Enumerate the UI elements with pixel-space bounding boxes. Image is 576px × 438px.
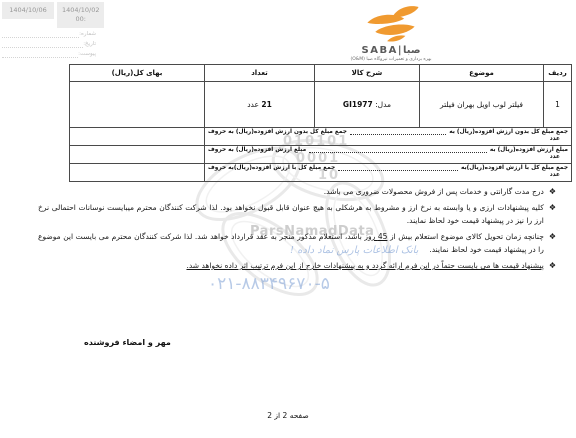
reference-fields: شماره: تاریخ: پیوست: (0, 31, 96, 61)
header-quantity: تعداد (205, 65, 315, 82)
diamond-bullet-icon: ❖ (549, 259, 556, 272)
summary-vat-cell: مبلغ ارزش افزوده(ریال) به مبلغ ارزش افزو… (205, 146, 572, 164)
summary3-price-cell (70, 164, 205, 182)
brand-wordmark: SABA|صبا (330, 45, 452, 56)
ref-number-line (2, 33, 79, 38)
diamond-bullet-icon: ❖ (549, 230, 556, 256)
item-quantity: 21 عدد (205, 82, 315, 128)
note-currency-text: کلیه پیشنهادات ارزی و یا وابسته به نرخ ا… (38, 201, 544, 227)
summary-without-vat-cell: جمع مبلغ کل بدون ارزش افزوده(ریال) به جم… (205, 128, 572, 146)
diamond-bullet-icon: ❖ (549, 185, 556, 198)
summary2-digits-label: مبلغ ارزش افزوده(ریال) به (490, 147, 568, 154)
note-warranty: ❖ درج مدت گارانتی و خدمات پس از فروش محص… (38, 185, 556, 198)
ref-number-label: شماره: (79, 31, 96, 38)
blue-phone-watermark: ۰۲۱-۸۸۳۴۹۶۷۰-۵ (208, 274, 330, 294)
item-model-value: GI1977 (343, 100, 373, 109)
header-row-number: ردیف (544, 65, 572, 82)
item-row-number: 1 (544, 82, 572, 128)
corner-date-right-value: 1404/10/02 (62, 6, 99, 14)
summary-row-with-vat: جمع مبلغ کل با ارزش افزوده(ریال)به جمع م… (70, 164, 572, 182)
diamond-bullet-icon: ❖ (549, 201, 556, 227)
summary1-words-label: جمع مبلغ کل بدون ارزش افزوده(ریال) به حر… (208, 129, 347, 136)
note-delivery-days: 45 روز (364, 232, 387, 241)
item-model-label: مدل: (375, 100, 391, 109)
ref-attachment-row: پیوست: (0, 51, 96, 58)
note-delivery-before: چنانچه زمان تحویل کالای موضوع استعلام بی… (387, 232, 543, 241)
inquiry-table: ردیف موضوع شرح کالا تعداد بهای کل(ریال) … (69, 64, 572, 182)
company-logo: SABA|صبا بهره برداری و تعمیرات نیروگاه ص… (330, 3, 452, 62)
item-quantity-unit: عدد (247, 100, 259, 109)
summary-row-without-vat: جمع مبلغ کل بدون ارزش افزوده(ریال) به جم… (70, 128, 572, 146)
item-description: مدل: GI1977 (315, 82, 420, 128)
corner-date-left: 1404/10/06 (2, 2, 54, 19)
summary-row-vat: مبلغ ارزش افزوده(ریال) به مبلغ ارزش افزو… (70, 146, 572, 164)
note-currency: ❖ کلیه پیشنهادات ارزی و یا وابسته به نرخ… (38, 201, 556, 227)
corner-date-box: 1404/10/06 1404/10/02 00: (2, 2, 104, 28)
note-form-only-text: پیشنهاد قیمت ها می بایست حتماً در این فر… (38, 259, 544, 272)
summary3-words-label: جمع مبلغ کل با ارزش افزوده(ریال)به حروف (208, 165, 335, 172)
note-form-only: ❖ پیشنهاد قیمت ها می بایست حتماً در این … (38, 259, 556, 272)
inquiry-form-page: 010101 0001 10 ParsNamadData بانک اطلاعا… (0, 0, 576, 438)
item-row: 1 فیلتر لوب اویل بهران فیلتر مدل: GI1977… (70, 82, 572, 128)
header-subject: موضوع (420, 65, 544, 82)
item-subject: فیلتر لوب اویل بهران فیلتر (420, 82, 544, 128)
table-header-row: ردیف موضوع شرح کالا تعداد بهای کل(ریال) (70, 65, 572, 82)
page-indicator: صفحه 2 از 2 (267, 411, 308, 420)
corner-date-right: 1404/10/02 00: (57, 2, 104, 28)
summary2-words-label: مبلغ ارزش افزوده(ریال) به حروف (208, 147, 306, 154)
summary2-digits-wrap: عدد (208, 154, 568, 161)
header-description: شرح کالا (315, 65, 420, 82)
summary1-digits-label: جمع مبلغ کل بدون ارزش افزوده(ریال) به (449, 129, 568, 136)
note-warranty-text: درج مدت گارانتی و خدمات پس از فروش محصول… (38, 185, 544, 198)
ref-attachment-line (2, 53, 78, 58)
header-total-price: بهای کل(ریال) (70, 65, 205, 82)
summary1-digits-wrap: عدد (208, 136, 568, 143)
corner-time-value: 00: (76, 15, 86, 23)
summary1-dotted-line (350, 131, 446, 135)
summary3-dotted-line (338, 167, 458, 171)
note-delivery-text: چنانچه زمان تحویل کالای موضوع استعلام بی… (38, 230, 544, 256)
brand-latin: SABA (362, 45, 398, 56)
item-total-price (70, 82, 205, 128)
summary3-digits-wrap: عدد (208, 172, 568, 179)
ref-number-row: شماره: (0, 31, 96, 38)
conditions-list: ❖ درج مدت گارانتی و خدمات پس از فروش محص… (38, 185, 556, 275)
summary3-digits-label: جمع مبلغ کل با ارزش افزوده(ریال)به (461, 165, 568, 172)
saba-swoosh-icon (358, 3, 424, 45)
ref-date-row: تاریخ: (0, 41, 96, 48)
note-delivery: ❖ چنانچه زمان تحویل کالای موضوع استعلام … (38, 230, 556, 256)
ref-date-label: تاریخ: (83, 41, 96, 48)
summary2-dotted-line (309, 149, 487, 153)
brand-farsi: صبا (403, 45, 421, 56)
item-quantity-value: 21 (261, 100, 271, 109)
summary-with-vat-cell: جمع مبلغ کل با ارزش افزوده(ریال)به جمع م… (205, 164, 572, 182)
seller-seal-signature-label: مهر و امضاء فروشنده (84, 338, 171, 347)
summary2-price-cell (70, 146, 205, 164)
summary1-price-cell (70, 128, 205, 146)
ref-date-line (2, 43, 83, 48)
ref-attachment-label: پیوست: (78, 51, 96, 58)
brand-tagline: بهره برداری و تعمیرات نیروگاه صبا (O&M) (330, 57, 452, 62)
